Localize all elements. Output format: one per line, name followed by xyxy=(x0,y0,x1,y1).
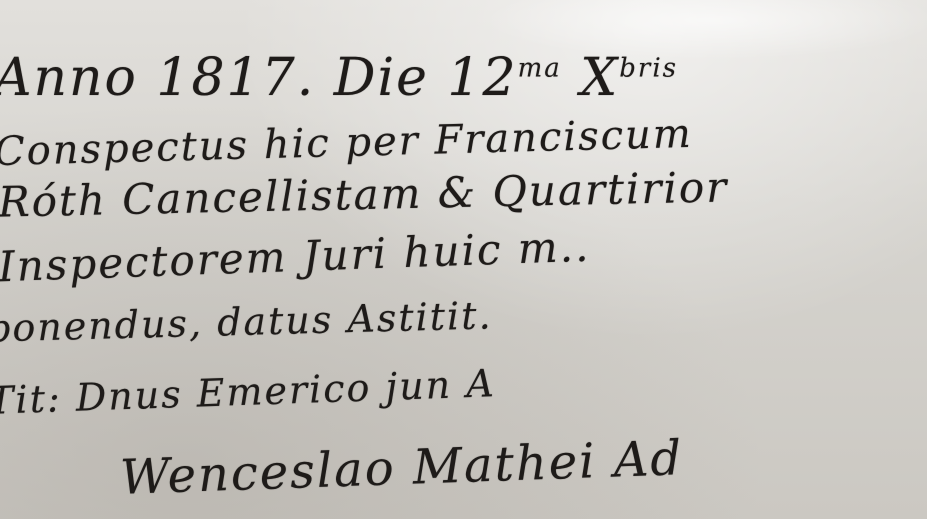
line-5: ponendus, datus Astitit. xyxy=(0,293,493,350)
line-1: Anno 1817. Die 12ma Xbris xyxy=(0,48,678,108)
line-7: Wenceslao Mathei Ad xyxy=(119,430,684,506)
manuscript-photo: Anno 1817. Die 12ma Xbris Conspectus hic… xyxy=(0,0,927,519)
line-6: Tit: Dnus Emerico jun A xyxy=(0,361,496,423)
line-4: Inspectorem Juri huic m.. xyxy=(0,222,591,292)
